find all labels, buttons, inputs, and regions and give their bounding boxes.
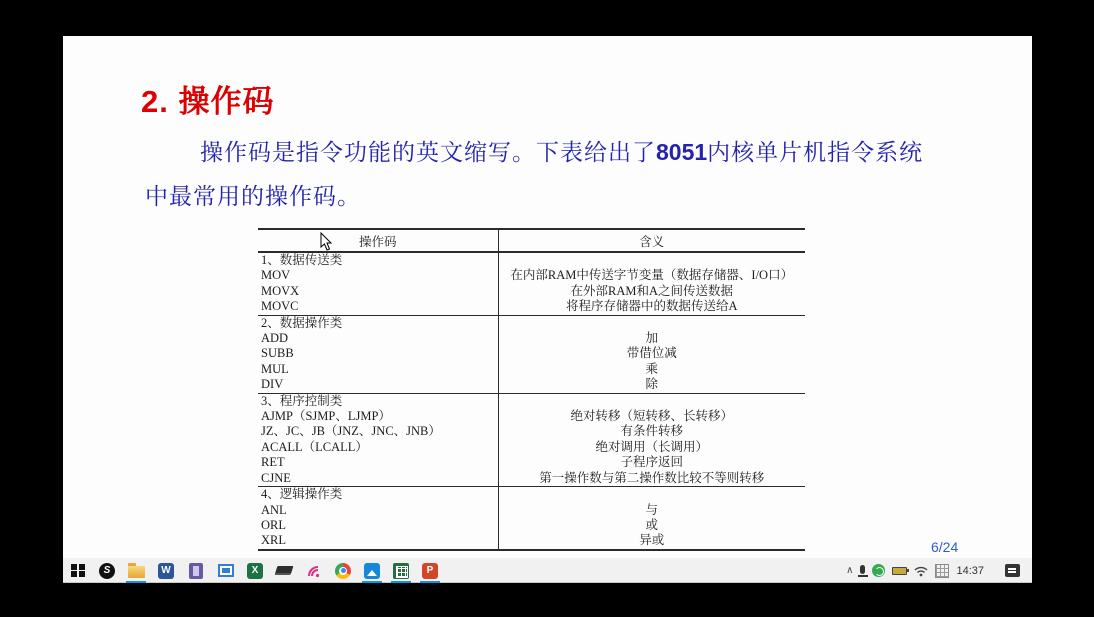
paragraph-text: 操作码是指令功能的英文缩写。下表给出了: [200, 139, 656, 165]
opcode-cell: ANL: [258, 503, 498, 518]
header-opcode: 操作码: [258, 229, 498, 252]
table-row: ADD加: [258, 331, 805, 346]
meaning-cell: 将程序存储器中的数据传送给A: [498, 299, 805, 315]
paragraph-text: 内核单片机指令系统: [707, 139, 923, 165]
notes-app-button[interactable]: [388, 558, 414, 583]
meaning-cell: 乘: [498, 362, 805, 377]
table-row: XRL异或: [258, 533, 805, 549]
table-group-1: 1、数据传送类 MOV在内部RAM中传送字节变量（数据存储器、I/O口） MOV…: [258, 252, 805, 315]
running-indicator: [126, 581, 146, 583]
meaning-cell: 子程序返回: [498, 455, 805, 470]
word-icon: W: [158, 563, 174, 579]
paragraph-bold-number: 8051: [656, 139, 707, 165]
excel-icon: X: [247, 563, 263, 579]
table-row: DIV除: [258, 377, 805, 393]
ebook-app-button[interactable]: [271, 558, 297, 583]
opcode-cell: DIV: [258, 377, 498, 393]
opcode-table: 操作码 含义 1、数据传送类 MOV在内部RAM中传送字节变量（数据存储器、I/…: [258, 228, 805, 551]
running-indicator: [362, 581, 382, 583]
ime-indicator-icon[interactable]: [935, 558, 949, 583]
table-row: MUL乘: [258, 362, 805, 377]
group-label: 2、数据操作类: [258, 315, 498, 331]
meaning-cell: 或: [498, 518, 805, 533]
table-row: SUBB带借位减: [258, 346, 805, 361]
purple-reader-app-button[interactable]: [183, 558, 209, 583]
meaning-cell: 在外部RAM和A之间传送数据: [498, 284, 805, 299]
opcode-table-container: 操作码 含义 1、数据传送类 MOV在内部RAM中传送字节变量（数据存储器、I/…: [258, 228, 805, 551]
powerpoint-button[interactable]: P: [417, 558, 443, 583]
empty-cell: [498, 393, 805, 409]
empty-cell: [498, 315, 805, 331]
table-group-2: 2、数据操作类 ADD加 SUBB带借位减 MUL乘 DIV除: [258, 315, 805, 393]
mouse-cursor: [320, 232, 334, 252]
opcode-cell: ORL: [258, 518, 498, 533]
screen: 2. 操作码 操作码是指令功能的英文缩写。下表给出了8051内核单片机指令系统 …: [0, 0, 1094, 617]
running-indicator: [391, 581, 411, 583]
table-row: MOV在内部RAM中传送字节变量（数据存储器、I/O口）: [258, 268, 805, 283]
table-header-row: 操作码 含义: [258, 229, 805, 252]
header-meaning: 含义: [498, 229, 805, 252]
table-row: JZ、JC、JB（JNZ、JNC、JNB）有条件转移: [258, 424, 805, 439]
opcode-cell: AJMP（SJMP、LJMP）: [258, 409, 498, 424]
table-row: ORL或: [258, 518, 805, 533]
meaning-cell: 第一操作数与第二操作数比较不等则转移: [498, 471, 805, 487]
image-app-icon: [364, 563, 380, 579]
windows-logo-icon: [71, 564, 85, 578]
opcode-cell: MOVX: [258, 284, 498, 299]
opcode-cell: MOV: [258, 268, 498, 283]
empty-cell: [498, 252, 805, 268]
image-app-button[interactable]: [359, 558, 385, 583]
opcode-cell: MUL: [258, 362, 498, 377]
recorder-app-icon: S: [99, 563, 115, 579]
meaning-cell: 与: [498, 503, 805, 518]
hidden-icons-chevron[interactable]: ∧: [846, 558, 853, 583]
group-label-row: 4、逻辑操作类: [258, 487, 805, 503]
meaning-cell: 绝对调用（长调用）: [498, 440, 805, 455]
meaning-cell: 有条件转移: [498, 424, 805, 439]
opcode-cell: SUBB: [258, 346, 498, 361]
folder-icon: [128, 566, 145, 578]
opcode-cell: CJNE: [258, 471, 498, 487]
group-label-row: 2、数据操作类: [258, 315, 805, 331]
opcode-cell: MOVC: [258, 299, 498, 315]
meaning-cell: 加: [498, 331, 805, 346]
meaning-cell: 异或: [498, 533, 805, 549]
excel-button[interactable]: X: [242, 558, 268, 583]
group-label: 3、程序控制类: [258, 393, 498, 409]
microphone-icon[interactable]: [860, 558, 865, 583]
opcode-cell: ADD: [258, 331, 498, 346]
presentation-slide: 2. 操作码 操作码是指令功能的英文缩写。下表给出了8051内核单片机指令系统 …: [63, 36, 1032, 558]
slide-paragraph-line1: 操作码是指令功能的英文缩写。下表给出了8051内核单片机指令系统: [200, 134, 923, 167]
meaning-cell: 绝对转移（短转移、长转移）: [498, 409, 805, 424]
table-row: MOVX在外部RAM和A之间传送数据: [258, 284, 805, 299]
wifi-icon[interactable]: [914, 558, 928, 583]
group-label-row: 3、程序控制类: [258, 393, 805, 409]
opcode-cell: ACALL（LCALL）: [258, 440, 498, 455]
table-group-3: 3、程序控制类 AJMP（SJMP、LJMP）绝对转移（短转移、长转移） JZ、…: [258, 393, 805, 486]
start-button[interactable]: [65, 558, 91, 583]
empty-cell: [498, 487, 805, 503]
table-row: ACALL（LCALL）绝对调用（长调用）: [258, 440, 805, 455]
meaning-cell: 除: [498, 377, 805, 393]
opcode-cell: XRL: [258, 533, 498, 549]
table-group-4: 4、逻辑操作类 ANL与 ORL或 XRL异或: [258, 487, 805, 550]
word-button[interactable]: W: [153, 558, 179, 583]
radio-waves-icon: [305, 563, 321, 579]
group-label: 1、数据传送类: [258, 252, 498, 268]
table-row: CJNE第一操作数与第二操作数比较不等则转移: [258, 471, 805, 487]
antivirus-tray-icon[interactable]: [872, 558, 885, 583]
system-tray: ∧ 14:37: [846, 558, 1032, 583]
table-row: MOVC将程序存储器中的数据传送给A: [258, 299, 805, 315]
group-label-row: 1、数据传送类: [258, 252, 805, 268]
chrome-icon: [335, 563, 351, 579]
powerpoint-icon: P: [422, 563, 438, 579]
table-row: RET子程序返回: [258, 455, 805, 470]
windows-taskbar: S W X: [63, 558, 1032, 583]
photo-viewer-icon: [218, 564, 234, 577]
slide-title: 2. 操作码: [141, 76, 274, 121]
taskbar-clock[interactable]: 14:37: [956, 558, 984, 583]
recorder-app-button[interactable]: S: [94, 558, 120, 583]
radio-app-button[interactable]: [300, 558, 326, 583]
running-indicator: [420, 581, 440, 583]
purple-reader-app-icon: [189, 563, 203, 579]
meaning-cell: 在内部RAM中传送字节变量（数据存储器、I/O口）: [498, 268, 805, 283]
chrome-button[interactable]: [330, 558, 356, 583]
ebook-icon: [275, 566, 294, 575]
opcode-cell: JZ、JC、JB（JNZ、JNC、JNB）: [258, 424, 498, 439]
table-row: AJMP（SJMP、LJMP）绝对转移（短转移、长转移）: [258, 409, 805, 424]
table-row: ANL与: [258, 503, 805, 518]
opcode-cell: RET: [258, 455, 498, 470]
photo-viewer-button[interactable]: [213, 558, 239, 583]
slide-paragraph-line2: 中最常用的操作码。: [145, 178, 361, 211]
file-explorer-button[interactable]: [123, 558, 149, 583]
notes-app-icon: [393, 563, 409, 579]
slide-page-number: 6/24: [931, 539, 958, 555]
action-center-icon[interactable]: [991, 558, 1020, 583]
meaning-cell: 带借位减: [498, 346, 805, 361]
battery-icon[interactable]: [892, 558, 907, 583]
group-label: 4、逻辑操作类: [258, 487, 498, 503]
